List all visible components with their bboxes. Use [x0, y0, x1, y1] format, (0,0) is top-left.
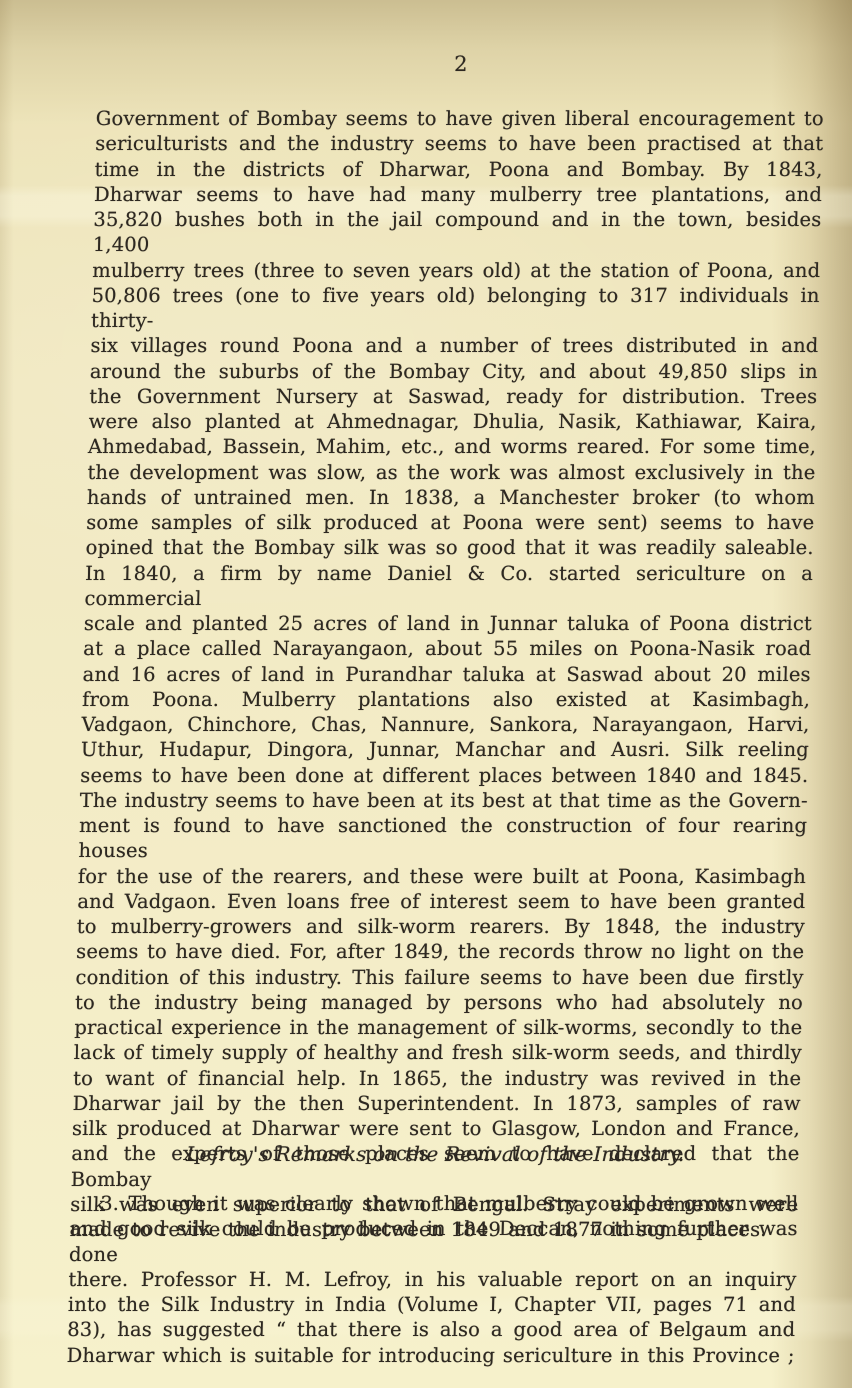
- text-line: Uthur, Hudapur, Dingora, Junnar, Manchar…: [81, 737, 810, 762]
- text-line: seems to have been done at different pla…: [80, 763, 809, 788]
- paragraph-1: Government of Bombay seems to have given…: [69, 106, 824, 1242]
- text-line: The industry seems to have been at its b…: [79, 788, 808, 813]
- text-line: Government of Bombay seems to have given…: [96, 106, 825, 131]
- text-line: six villages round Poona and a number of…: [90, 333, 819, 358]
- text-line: and good silk could be produced in the D…: [69, 1216, 798, 1267]
- text-line: mulberry trees (three to seven years old…: [92, 258, 821, 283]
- text-line: the Government Nursery at Saswad, ready …: [89, 384, 818, 409]
- text-line: lack of timely supply of healthy and fre…: [74, 1040, 803, 1065]
- text-line: 50,806 trees (one to five years old) bel…: [91, 283, 820, 334]
- paragraph-2: 3. Though it was clearly shown that mulb…: [66, 1191, 798, 1368]
- text-line: Ahmedabad, Bassein, Mahim, etc., and wor…: [88, 434, 817, 459]
- text-line: to want of financial help. In 1865, the …: [73, 1066, 802, 1091]
- text-line: Dharwar jail by the then Superintendent.…: [72, 1091, 801, 1116]
- text-line: practical experience in the management o…: [74, 1015, 803, 1040]
- text-line: to the industry being managed by persons…: [75, 990, 804, 1015]
- text-line: from Poona. Mulberry plantations also ex…: [82, 687, 811, 712]
- text-line: there. Professor H. M. Lefroy, in his va…: [68, 1267, 797, 1292]
- text-line: opined that the Bombay silk was so good …: [85, 535, 814, 560]
- text-line: some samples of silk produced at Poona w…: [86, 510, 815, 535]
- page-number: 2: [97, 52, 826, 76]
- text-line: Dharwar which is suitable for introducin…: [66, 1343, 795, 1368]
- text-line: and Vadgaon. Even loans free of interest…: [77, 889, 806, 914]
- text-line: 83), has suggested “ that there is also …: [67, 1317, 796, 1342]
- text-line: hands of untrained men. In 1838, a Manch…: [87, 485, 816, 510]
- text-line: into the Silk Industry in India (Volume …: [68, 1292, 797, 1317]
- text-line: scale and planted 25 acres of land in Ju…: [84, 611, 813, 636]
- text-line: 35,820 bushes both in the jail compound …: [93, 207, 822, 258]
- text-line: silk produced at Dharwar were sent to Gl…: [72, 1116, 801, 1141]
- text-line: In 1840, a firm by name Daniel & Co. sta…: [84, 561, 813, 612]
- section-heading: Lefroy's Remarks on the Revival of the I…: [71, 1142, 800, 1166]
- text-line: to mulberry-growers and silk-worm rearer…: [76, 914, 805, 939]
- text-line: ment is found to have sanctioned the con…: [78, 813, 807, 864]
- text-line: sericulturists and the industry seems to…: [95, 131, 824, 156]
- text-line: for the use of the rearers, and these we…: [78, 864, 807, 889]
- book-page: 2 Government of Bombay seems to have giv…: [0, 0, 852, 1388]
- text-line: the development was slow, as the work wa…: [87, 460, 816, 485]
- text-line: condition of this industry. This failure…: [75, 965, 804, 990]
- text-line: at a place called Narayangaon, about 55 …: [83, 636, 812, 661]
- text-line: and 16 acres of land in Purandhar taluka…: [82, 662, 811, 687]
- page-content: 2 Government of Bombay seems to have giv…: [66, 0, 827, 1388]
- text-line: were also planted at Ahmednagar, Dhulia,…: [88, 409, 817, 434]
- text-line: Dharwar seems to have had many mulberry …: [94, 182, 823, 207]
- text-line: around the suburbs of the Bombay City, a…: [90, 359, 819, 384]
- text-line: seems to have died. For, after 1849, the…: [76, 939, 805, 964]
- text-line: time in the districts of Dharwar, Poona …: [94, 157, 823, 182]
- text-line: Vadgaon, Chinchore, Chas, Nannure, Sanko…: [81, 712, 810, 737]
- text-line: 3. Though it was clearly shown that mulb…: [70, 1191, 799, 1216]
